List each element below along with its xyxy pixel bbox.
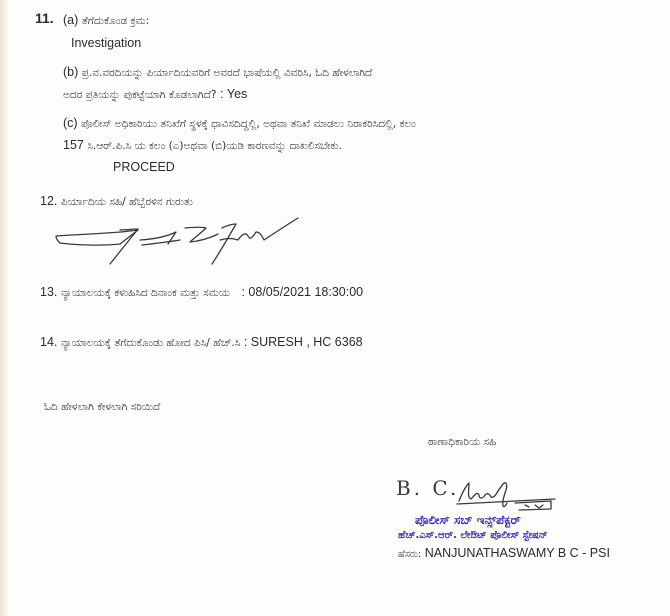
item-11c-line2: 157 ಸಿ.ಆರ್.ಪಿ.ಸಿ ಯ ಕಲಂ (ಎ)ಅಥವಾ (ಬಿ)ಯಡಿ ಕ… xyxy=(63,137,342,154)
item-12: 12. ಪಿರ್ಯಾದಿಯ ಸಹಿ/ ಹೆಬ್ಬೆರಳಿನ ಗುರುತು xyxy=(40,193,193,210)
item-11b-text: ಪ್ರ.ವ.ವರದಿಯನ್ನು ಪಿರ್ಯಾದಿಯವರಿಗೆ ಅವರದೆ ಭಾಷ… xyxy=(82,67,372,79)
item-11a: (a) ತೆಗೆದುಕೊಂಡ ಕ್ರಮ: xyxy=(63,12,149,29)
stamp-station: ಹೆಚ್.ಎಸ್.ಆರ್. ಲೇಔಟ್ ಪೊಲೀಸ್ ಸ್ಟೇಷನ್ xyxy=(398,530,548,541)
item-11b-line1: (b) ಪ್ರ.ವ.ವರದಿಯನ್ನು ಪಿರ್ಯಾದಿಯವರಿಗೆ ಅವರದೆ… xyxy=(63,64,372,81)
page-edge-shadow xyxy=(0,0,9,616)
stamp-designation: ಪೊಲೀಸ್ ಸಬ್ ಇನ್ಸ್‌ಪೆಕ್ಟರ್ xyxy=(415,513,521,528)
officer-name: NANJUNATHASWAMY B C - PSI xyxy=(425,546,610,560)
item-11b-line2: ಅದರ ಪ್ರತಿಯನ್ನು ಪುಕಟ್ಟೆಯಾಗಿ ಕೊಡಲಾಗಿದೆ? : … xyxy=(63,86,247,103)
item-12-number: 12. xyxy=(40,194,57,208)
officer-signature xyxy=(455,477,565,513)
item-14-number: 14. xyxy=(40,335,57,349)
item-12-text: ಪಿರ್ಯಾದಿಯ ಸಹಿ/ ಹೆಬ್ಬೆರಳಿನ ಗುರುತು xyxy=(61,196,193,208)
item-11c-section-num: 157 xyxy=(63,138,84,152)
item-14: 14. ನ್ಯಾಯಾಲಯಕ್ಕೆ ತೆಗೆದುಕೊಂಡು ಹೋದ ಪಿಸಿ/ ಹ… xyxy=(40,334,363,351)
officer-name-line: ಹೆಸರು: NANJUNATHASWAMY B C - PSI xyxy=(398,545,610,563)
officer-signature-label: ಠಾಣಾಧಿಕಾರಿಯ ಸಹಿ xyxy=(428,434,496,450)
item-11b-label: (b) xyxy=(63,65,78,79)
item-11c-line1: (c) ಪೊಲೀಸ್ ಅಧಿಕಾರಿಯು ತನಿಖೆಗೆ ಸ್ಥಳಕ್ಕೆ ಧಾ… xyxy=(63,115,416,132)
item-11c-text: ಪೊಲೀಸ್ ಅಧಿಕಾರಿಯು ತನಿಖೆಗೆ ಸ್ಥಳಕ್ಕೆ ಧಾವಿಸದ… xyxy=(81,118,416,130)
item-11c-text2: ಸಿ.ಆರ್.ಪಿ.ಸಿ ಯ ಕಲಂ (ಎ)ಅಥವಾ (ಬಿ)ಯಡಿ ಕಾರಣವ… xyxy=(87,140,342,152)
item-11c-label: (c) xyxy=(63,116,78,130)
complainant-signature xyxy=(50,210,330,270)
item-14-text: ನ್ಯಾಯಾಲಯಕ್ಕೆ ತೆಗೆದುಕೊಂಡು ಹೋದ ಪಿಸಿ/ ಹೆಚ್.… xyxy=(61,337,240,349)
item-14-value: : SURESH , HC 6368 xyxy=(244,335,363,349)
item-11c-value: PROCEED xyxy=(113,159,175,175)
item-13-text: ನ್ಯಾಯಾಲಯಕ್ಕೆ ಕಳುಹಿಸಿದ ದಿನಾಂಕ ಮತ್ತು ಸಮಯ xyxy=(61,287,230,299)
item-13-number: 13. xyxy=(40,285,57,299)
officer-signature-initials: B. C. xyxy=(396,480,459,496)
item-13: 13. ನ್ಯಾಯಾಲಯಕ್ಕೆ ಕಳುಹಿಸಿದ ದಿನಾಂಕ ಮತ್ತು ಸ… xyxy=(40,284,363,301)
item-11b-value: : Yes xyxy=(220,87,247,101)
item-11a-text: ತೆಗೆದುಕೊಂಡ ಕ್ರಮ: xyxy=(82,15,149,27)
item-13-value: : 08/05/2021 18:30:00 xyxy=(241,285,363,299)
officer-name-prefix: ಹೆಸರು: xyxy=(398,549,421,560)
read-over-statement: ಓದಿ ಹೇಳಲಾಗಿ ಕೇಳಲಾಗಿ ಸರಿಯಿದೆ xyxy=(44,399,160,415)
item-11a-value: Investigation xyxy=(71,35,141,51)
item-11a-label: (a) xyxy=(63,13,78,27)
item-11-number: 11. xyxy=(35,10,54,26)
item-11b-text2: ಅದರ ಪ್ರತಿಯನ್ನು ಪುಕಟ್ಟೆಯಾಗಿ ಕೊಡಲಾಗಿದೆ? xyxy=(63,89,216,101)
